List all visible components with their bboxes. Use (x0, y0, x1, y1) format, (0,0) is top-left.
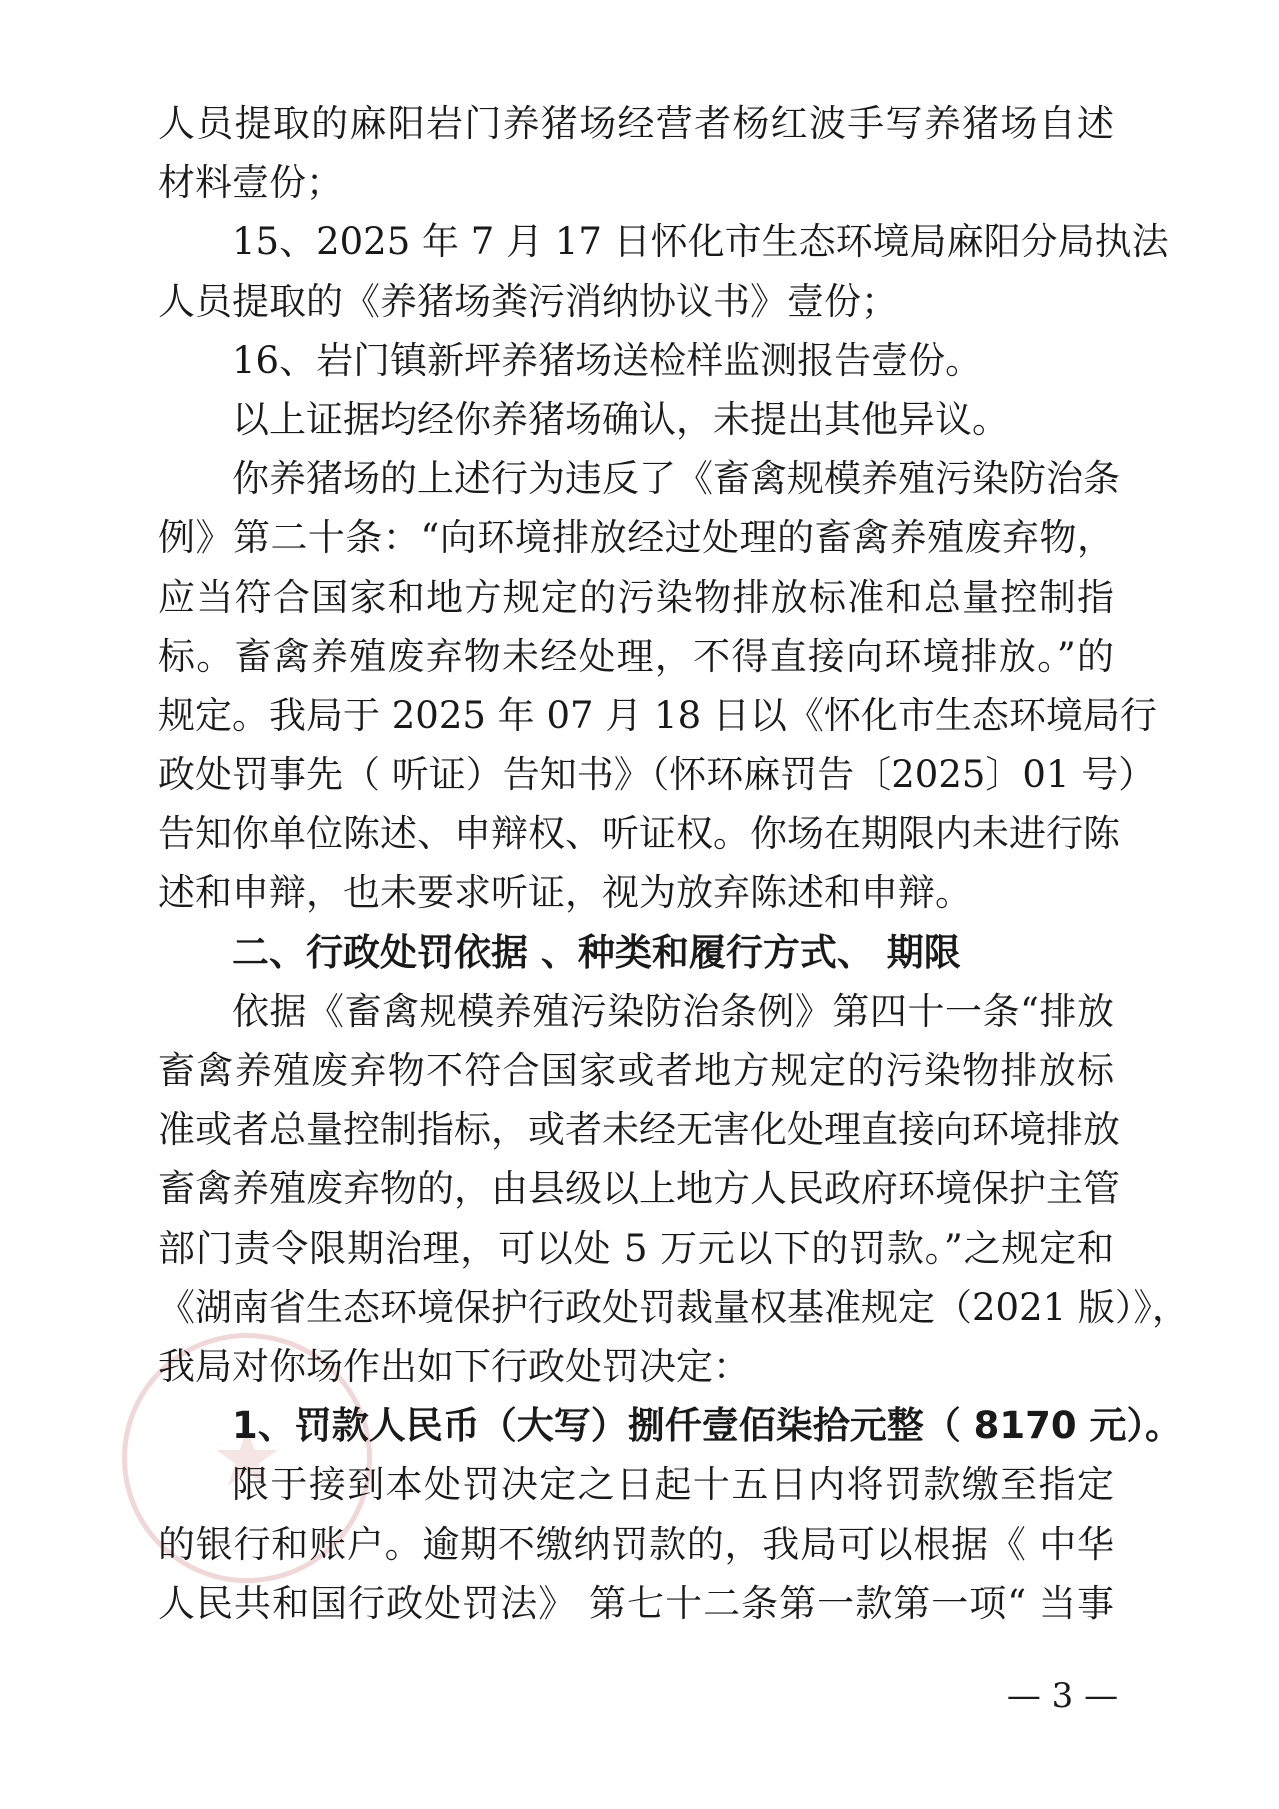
penalty-amount-line: 1、罚款人民币（大写）捌仟壹佰柒拾元整（ 8170 元）。 (158, 1396, 1114, 1455)
text-line: 准或者总量控制指标，或者未经无害化处理直接向环境排放 (158, 1100, 1114, 1159)
text-line: 15、2025 年 7 月 17 日怀化市生态环境局麻阳分局执法 (158, 212, 1114, 271)
text-line: 我局对你场作出如下行政处罚决定： (158, 1337, 1114, 1396)
text-line: 依据《畜禽规模养殖污染防治条例》第四十一条“排放 (158, 982, 1114, 1041)
text-line: 应当符合国家和地方规定的污染物排放标准和总量控制指 (158, 568, 1114, 627)
text-line: 规定。我局于 2025 年 07 月 18 日以《怀化市生态环境局行 (158, 686, 1114, 745)
text-line: 人员提取的麻阳岩门养猪场经营者杨红波手写养猪场自述 (158, 94, 1114, 153)
text-line: 标。畜禽养殖废弃物未经处理，不得直接向环境排放。”的 (158, 627, 1114, 686)
text-line: 畜禽养殖废弃物的，由县级以上地方人民政府环境保护主管 (158, 1159, 1114, 1218)
text-line: 政处罚事先（ 听证）告知书》（怀环麻罚告〔2025〕01 号） (158, 745, 1114, 804)
text-line: 你养猪场的上述行为违反了《畜禽规模养殖污染防治条 (158, 449, 1114, 508)
text-line: 人员提取的《养猪场粪污消纳协议书》壹份； (158, 272, 1114, 331)
text-line: 人民共和国行政处罚法》 第七十二条第一款第一项“ 当事 (158, 1574, 1114, 1633)
text-line: 以上证据均经你养猪场确认，未提出其他异议。 (158, 390, 1114, 449)
text-line: 告知你单位陈述、申辩权、听证权。你场在期限内未进行陈 (158, 804, 1114, 863)
text-line: 畜禽养殖废弃物不符合国家或者地方规定的污染物排放标 (158, 1041, 1114, 1100)
text-line: 述和申辩，也未要求听证，视为放弃陈述和申辩。 (158, 863, 1114, 922)
document-body: 人员提取的麻阳岩门养猪场经营者杨红波手写养猪场自述 材料壹份； 15、2025 … (158, 94, 1114, 1633)
text-line: 的银行和账户。逾期不缴纳罚款的，我局可以根据《 中华 (158, 1515, 1114, 1574)
text-line: 例》第二十条：“向环境排放经过处理的畜禽养殖废弃物， (158, 508, 1114, 567)
section-heading: 二、行政处罚依据 、种类和履行方式、 期限 (158, 923, 1114, 982)
text-line: 16、岩门镇新坪养猪场送检样监测报告壹份。 (158, 331, 1114, 390)
document-page: ★ 人员提取的麻阳岩门养猪场经营者杨红波手写养猪场自述 材料壹份； 15、202… (0, 0, 1279, 1809)
text-line: 材料壹份； (158, 153, 1114, 212)
text-line: 《湖南省生态环境保护行政处罚裁量权基准规定（2021 版）》， (158, 1278, 1114, 1337)
page-number: — 3 — (1000, 1674, 1125, 1718)
text-line: 部门责令限期治理，可以处 5 万元以下的罚款。”之规定和 (158, 1219, 1114, 1278)
text-line: 限于接到本处罚决定之日起十五日内将罚款缴至指定 (158, 1455, 1114, 1514)
